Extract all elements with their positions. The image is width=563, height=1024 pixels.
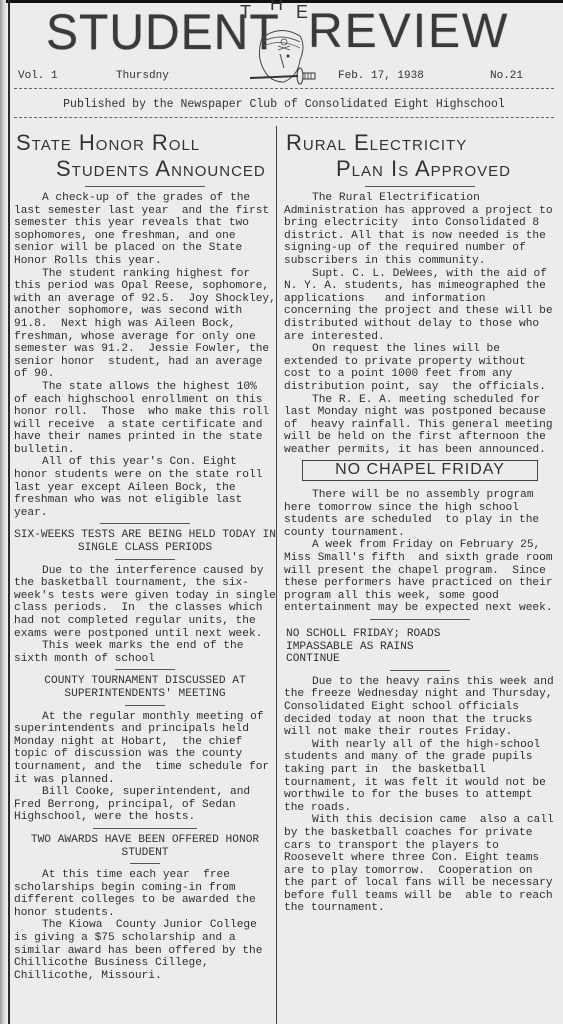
article-paragraph: On request the lines will be extended to… [284, 343, 556, 393]
no-school-headline: NO SCHOLL FRIDAY; ROADS IMPASSABLE AS RA… [286, 628, 466, 666]
left-column: State Honor Roll Students Announced A ch… [14, 130, 276, 982]
article-paragraph: The Rural Electrification Administration… [284, 192, 556, 268]
tests-article: Due to the interference caused by the ba… [14, 565, 276, 666]
chapel-article: There will be no assembly program here t… [284, 489, 556, 615]
page-binding-line [8, 0, 10, 1024]
article-divider [370, 619, 470, 620]
article-paragraph: A check-up of the grades of the last sem… [14, 192, 276, 268]
article-paragraph: This week marks the end of the sixth mon… [14, 640, 276, 665]
article-paragraph: All of this year's Con. Eight honor stud… [14, 456, 276, 519]
headline-rule [85, 186, 205, 187]
article-paragraph: There will be no assembly program here t… [284, 489, 556, 539]
county-tournament-headline: COUNTY TOURNAMENT DISCUSSED AT SUPERINTE… [14, 675, 276, 700]
headline-rule [365, 186, 475, 187]
article-paragraph: With nearly all of the high-school stude… [284, 739, 556, 815]
headline-rule [130, 863, 160, 864]
scan-left-edge [0, 0, 6, 1024]
article-paragraph: A week from Friday on February 25, Miss … [284, 539, 556, 615]
article-paragraph: Supt. C. L. DeWees, with the aid of N. Y… [284, 268, 556, 344]
article-paragraph: At the regular monthly meeting of superi… [14, 711, 276, 787]
honor-roll-headline-line2: Students Announced [56, 156, 276, 182]
honor-roll-headline-line1: State Honor Roll [16, 130, 276, 156]
honor-roll-article: A check-up of the grades of the last sem… [14, 192, 276, 519]
masthead-divider [14, 88, 554, 89]
masthead-title-review: REVIEW [308, 8, 509, 56]
electricity-article: The Rural Electrification Administration… [284, 192, 556, 456]
article-paragraph: At this time each year free scholarships… [14, 869, 276, 919]
article-paragraph: The state allows the highest 10% of each… [14, 381, 276, 457]
date-label: Feb. 17, 1938 [338, 70, 424, 82]
headline-rule [115, 559, 175, 560]
no-chapel-friday-box: NO CHAPEL FRIDAY [302, 460, 538, 481]
article-divider [115, 669, 175, 670]
article-divider [93, 828, 197, 829]
article-divider [100, 523, 190, 524]
day-label: Thursdny [116, 70, 169, 82]
masthead-the-h: H [270, 0, 283, 15]
article-paragraph: Bill Cooke, superintendent, and Fred Ber… [14, 786, 276, 824]
article-paragraph: Due to the interference caused by the ba… [14, 565, 276, 641]
article-paragraph: The Kiowa County Junior College is givin… [14, 919, 276, 982]
electricity-headline-line1: Rural Electricity [286, 130, 556, 156]
column-divider [276, 126, 277, 1024]
article-paragraph: The student ranking highest for this per… [14, 268, 276, 381]
right-column: Rural Electricity Plan Is Approved The R… [284, 130, 556, 915]
publisher-divider [14, 117, 554, 118]
article-paragraph: Due to the heavy rains this week and the… [284, 676, 556, 739]
awards-article: At this time each year free scholarships… [14, 869, 276, 982]
county-tournament-article: At the regular monthly meeting of superi… [14, 711, 276, 824]
headline-rule [125, 705, 165, 706]
electricity-headline-line2: Plan Is Approved [336, 156, 556, 182]
article-paragraph: With this decision came also a call by t… [284, 814, 556, 915]
headline-rule [390, 670, 450, 671]
awards-headline: TWO AWARDS HAVE BEEN OFFERED HONOR STUDE… [14, 834, 276, 859]
volume-label: Vol. 1 [18, 70, 58, 82]
issue-number: No.21 [490, 70, 523, 82]
no-school-article: Due to the heavy rains this week and the… [284, 676, 556, 915]
publisher-line: Published by the Newspaper Club of Conso… [14, 98, 554, 111]
tests-headline: SIX-WEEKS TESTS ARE BEING HELD TODAY IN … [14, 529, 276, 554]
article-paragraph: The R. E. A. meeting scheduled for last … [284, 394, 556, 457]
